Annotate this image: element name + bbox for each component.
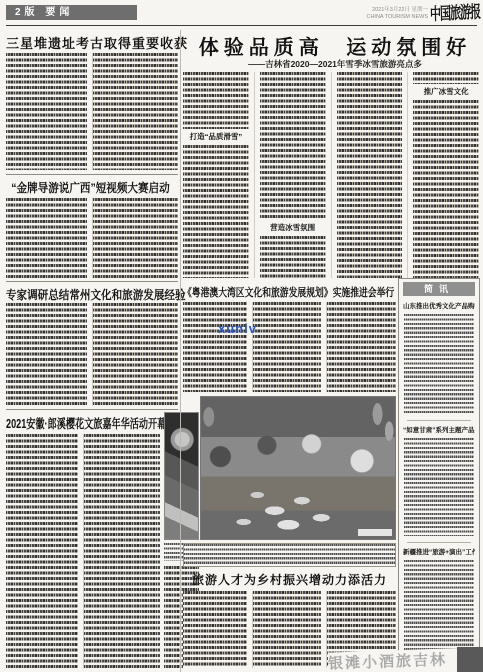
body-text-block: [92, 303, 179, 406]
article-divider: [6, 281, 178, 282]
body-text-block: [260, 236, 326, 278]
newspaper-page: 2版 要闻 2021年3月22日 星期一 CHINA TOURISM NEWS …: [0, 0, 483, 672]
body-text-block: [413, 72, 479, 84]
brief-divider: [407, 542, 471, 543]
article-body-sanxingdui: [6, 53, 178, 170]
jilin-column-2: 营造冰雪氛围: [254, 72, 326, 278]
brief-body-block: [404, 438, 474, 536]
article-body-anhui: [6, 434, 160, 668]
jilin-column-1: 打造“品质滑雪”: [183, 72, 249, 278]
promo-dark-box: [457, 647, 483, 672]
page-number-tag: 2版 要闻: [6, 5, 137, 20]
body-text-block: [183, 145, 249, 278]
headline-changzhou: 专家调研总结常州文化和旅游发展经验: [6, 286, 175, 303]
briefs-title: 简讯: [403, 282, 475, 296]
crosshead-snow-culture: 推广冰雪文化: [413, 87, 479, 97]
photo-caption: [183, 543, 396, 567]
body-text-block: [413, 100, 479, 278]
body-text-block: [252, 591, 322, 668]
brief-headline-gansu: “如意甘肃”系列主题产品发布: [403, 426, 475, 435]
headline-jilin-snow: 体验品质高 运动氛围好: [190, 31, 480, 60]
body-text-block: [92, 53, 179, 170]
headline-rural-talent: 旅游人才为乡村振兴增动力添活力: [183, 571, 396, 588]
jilin-column-3: [331, 72, 403, 278]
body-text-block: [6, 53, 87, 170]
dinner-table-photo: [200, 396, 396, 540]
article-body-jinpai: [6, 198, 178, 278]
body-text-block: [92, 198, 179, 278]
subtitle-jilin-snow: ——吉林省2020—2021年雪季冰雪旅游亮点多: [190, 58, 480, 70]
body-text-block: [83, 434, 161, 668]
headline-jinpai-guide: “金牌导游说广西”短视频大赛启动: [6, 179, 175, 196]
site-watermark: xunlv: [218, 321, 257, 336]
body-text-block: [183, 302, 247, 392]
artifact-photo: [164, 412, 199, 540]
article-body-bayarea: [183, 302, 396, 392]
headline-sanxingdui: 三星堆遗址考古取得重要收获: [6, 33, 178, 52]
brief-body-block: [404, 314, 474, 414]
body-text-block: [260, 72, 326, 220]
body-text-block: [183, 72, 249, 129]
brief-divider: [407, 420, 471, 421]
photo-credit-strip: [358, 529, 392, 536]
issue-date: 2021年3月22日 星期一: [352, 7, 428, 14]
brief-headline-xinjiang: 新疆推进“旅游+演出”工作: [403, 548, 475, 557]
masthead-english: CHINA TOURISM NEWS: [352, 14, 428, 21]
header-rule: [6, 25, 477, 26]
article-divider: [6, 174, 178, 175]
body-text-block: [183, 591, 247, 668]
body-text-block: [337, 72, 403, 278]
crosshead-quality-ski: 打造“品质滑雪”: [183, 132, 249, 142]
headline-bay-area: 《粤港澳大湾区文化和旅游发展规划》实施推进会举行: [183, 284, 396, 300]
body-text-block: [326, 302, 396, 392]
column-divider: [180, 30, 181, 672]
headline-anhui-langxi: 2021安徽·郎溪樱花文旅嘉年华活动开幕: [6, 414, 159, 432]
brief-headline-shandong: 山东推出优秀文化产品购物目录: [403, 302, 475, 311]
body-text-block: [252, 302, 322, 392]
date-block: 2021年3月22日 星期一 CHINA TOURISM NEWS: [352, 7, 428, 21]
body-text-block: [6, 434, 78, 668]
crosshead-snow-atmosphere: 营造冰雪氛围: [260, 223, 326, 233]
article-body-jilin: 打造“品质滑雪” 营造冰雪氛围 推广冰雪文化: [183, 72, 479, 278]
body-text-block: [6, 303, 87, 406]
body-text-block: [6, 198, 87, 278]
article-divider: [6, 409, 178, 410]
article-body-changzhou: [6, 303, 178, 406]
briefs-box: 简讯 山东推出优秀文化产品购物目录 “如意甘肃”系列主题产品发布 新疆推进“旅游…: [398, 278, 480, 672]
jilin-column-4: 推广冰雪文化: [407, 72, 479, 278]
